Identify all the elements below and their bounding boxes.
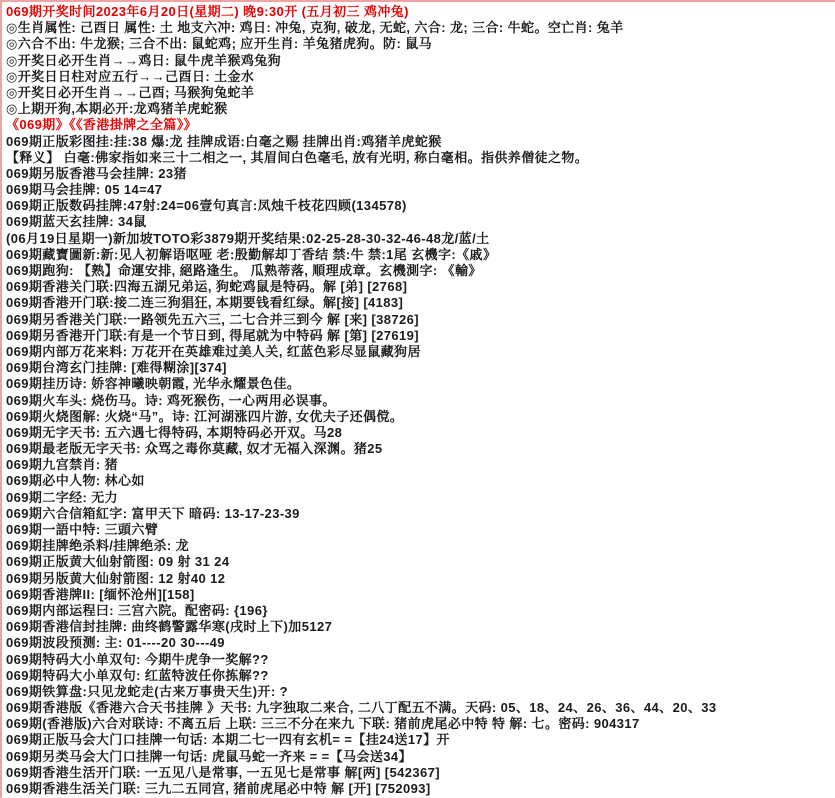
- text-line: 069期内部运程曰: 三宫六院。配密码: {196}: [6, 603, 835, 619]
- text-line: 069期九宫禁肖: 猪: [6, 457, 835, 473]
- text-line: 069期香港生活关门联: 三九二五同宫, 猪前虎尾必中特 解 [开] [7520…: [6, 781, 835, 797]
- text-line: 069期另香港关门联:一路领先五六三, 二七合并三到今 解 [来] [38726…: [6, 312, 835, 328]
- text-line: 069期波段预测: 主: 01----20 30---49: [6, 635, 835, 651]
- text-line: ◎上期开狗,本期必开:龙鸡猪羊虎蛇猴: [6, 101, 835, 117]
- text-line: 069期铁算盘:只见龙蛇走(古来万事贵天生)开: ?: [6, 684, 835, 700]
- text-line: 069期香港开门联:接二连三狗猖狂, 本期要钱看红绿。解[接] [4183]: [6, 295, 835, 311]
- text-line: 069期另香港开门联:有是一个节日到, 得尾就为中特码 解 [第] [27619…: [6, 328, 835, 344]
- text-line: 069期正版数码挂牌:47射:24=06壹句真言:凤烛千枝花四顾(134578): [6, 198, 835, 214]
- text-line: 069期最老版无字天书: 众骂之毒你莫藏, 奴才无福入深渊。猪25: [6, 441, 835, 457]
- text-line: 069期正版彩图挂:挂:38 爆:龙 挂牌成语:白毫之赐 挂牌出肖:鸡猪羊虎蛇猴: [6, 134, 835, 150]
- text-line: 069期正版黄大仙射箭图: 09 射 31 24: [6, 554, 835, 570]
- text-line: 069期正版马会大门口挂牌一句话: 本期二七一四有玄机= =【挂24送17】开: [6, 732, 835, 748]
- text-line: 069期香港牌II: [缅怀沧州][158]: [6, 587, 835, 603]
- text-line: ◎开奖日日柱对应五行→→己酉日: 土金水: [6, 69, 835, 85]
- text-line: 069期特码大小单双句: 今期牛虎争一奖解??: [6, 652, 835, 668]
- text-line: 069期六合信箱紅字: 富甲天下 暗码: 13-17-23-39: [6, 506, 835, 522]
- text-line: 069期必中人物: 林心如: [6, 473, 835, 489]
- text-line: 069期内部万花来料: 万花开在英雄难过美人关, 红蓝色彩尽显鼠藏狗居: [6, 344, 835, 360]
- text-line: 069期无字天书: 五六遇七得特码, 本期特码必开双。马28: [6, 425, 835, 441]
- lottery-text-list: 069期开奖时间2023年6月20日(星期二) 晚9:30开 (五月初三 鸡冲兔…: [6, 4, 835, 797]
- text-line: 069期跑狗: 【熟】命運安排, 絕路逢生。 瓜熟蒂落, 順理成章。玄機測字: …: [6, 263, 835, 279]
- text-line: ◎六合不出: 牛龙猴; 三合不出: 鼠蛇鸡; 应开生肖: 羊兔猪虎狗。防: 鼠马: [6, 36, 835, 52]
- text-line: 069期马会挂牌: 05 14=47: [6, 182, 835, 198]
- text-line: 069期藏寶圖新:新:见人初解语呕哑 老:殷勤解却丁香结 禁:牛 禁:1尾 玄機…: [6, 247, 835, 263]
- text-line: 069期火车头: 烧伤马。诗: 鸡死猴伤, 一心两用必误事。: [6, 393, 835, 409]
- text-line: 069期香港关门联:四海五湖兄弟运, 狗蛇鸡鼠是特码。解 [弟] [2768]: [6, 279, 835, 295]
- guapai-section-title: 《069期》《《香港掛牌之全篇》》: [6, 117, 835, 133]
- text-line: 069期香港版《香港六合天书挂牌 》天书: 九字独取二来合, 二八丁配五不满。天…: [6, 700, 835, 716]
- text-line: 069期挂历诗: 娇容神曦映朝霞, 光华永耀景色佳。: [6, 376, 835, 392]
- text-line: 069期蓝天玄挂牌: 34鼠: [6, 214, 835, 230]
- text-line: 069期挂牌绝杀料/挂牌绝杀: 龙: [6, 538, 835, 554]
- text-line: 069期(香港版)六合对联诗: 不离五后 上联: 三三不分在来九 下联: 猪前虎…: [6, 716, 835, 732]
- text-line: 069期香港生活开门联: 一五见八是常事, 一五见七是常事 解[两] [5423…: [6, 765, 835, 781]
- text-line: 069期特码大小单双句: 红蓝特波任你拣解??: [6, 668, 835, 684]
- text-line: (06月19日星期一)新加坡TOTO彩3879期开奖结果:02-25-28-30…: [6, 231, 835, 247]
- draw-info-header: 069期开奖时间2023年6月20日(星期二) 晚9:30开 (五月初三 鸡冲兔…: [6, 4, 835, 20]
- text-line: 069期台湾玄门挂牌: [难得糊涂][374]: [6, 360, 835, 376]
- text-line: 069期火烧图解: 火烧“马”。诗: 江河湖涨四片游, 女优夫子还偶傥。: [6, 409, 835, 425]
- text-line: 069期一語中特: 三頭六臂: [6, 522, 835, 538]
- text-line: ◎生肖属性: 己酉日 属性: 土 地支六冲: 鸡日: 冲兔, 克狗, 破龙, 无…: [6, 20, 835, 36]
- text-line: 069期香港信封挂牌: 曲终鹤警露华寒(戌时上下)加5127: [6, 619, 835, 635]
- text-line: 【释义】 白毫:佛家指如来三十二相之一, 其眉间白色毫毛, 放有光明, 称白毫相…: [6, 150, 835, 166]
- text-line: 069期二字经: 无力: [6, 490, 835, 506]
- lottery-info-page: 069期开奖时间2023年6月20日(星期二) 晚9:30开 (五月初三 鸡冲兔…: [0, 0, 835, 798]
- text-line: ◎开奖日必开生肖→→鸡日: 鼠牛虎羊猴鸡兔狗: [6, 53, 835, 69]
- text-line: 069期另版香港马会挂牌: 23猪: [6, 166, 835, 182]
- text-line: 069期另类马会大门口挂牌一句话: 虎鼠马蛇一齐来 = =【马会送34】: [6, 749, 835, 765]
- text-line: 069期另版黄大仙射箭图: 12 射40 12: [6, 571, 835, 587]
- text-line: ◎开奖日必开生肖→→己酉; 马猴狗兔蛇羊: [6, 85, 835, 101]
